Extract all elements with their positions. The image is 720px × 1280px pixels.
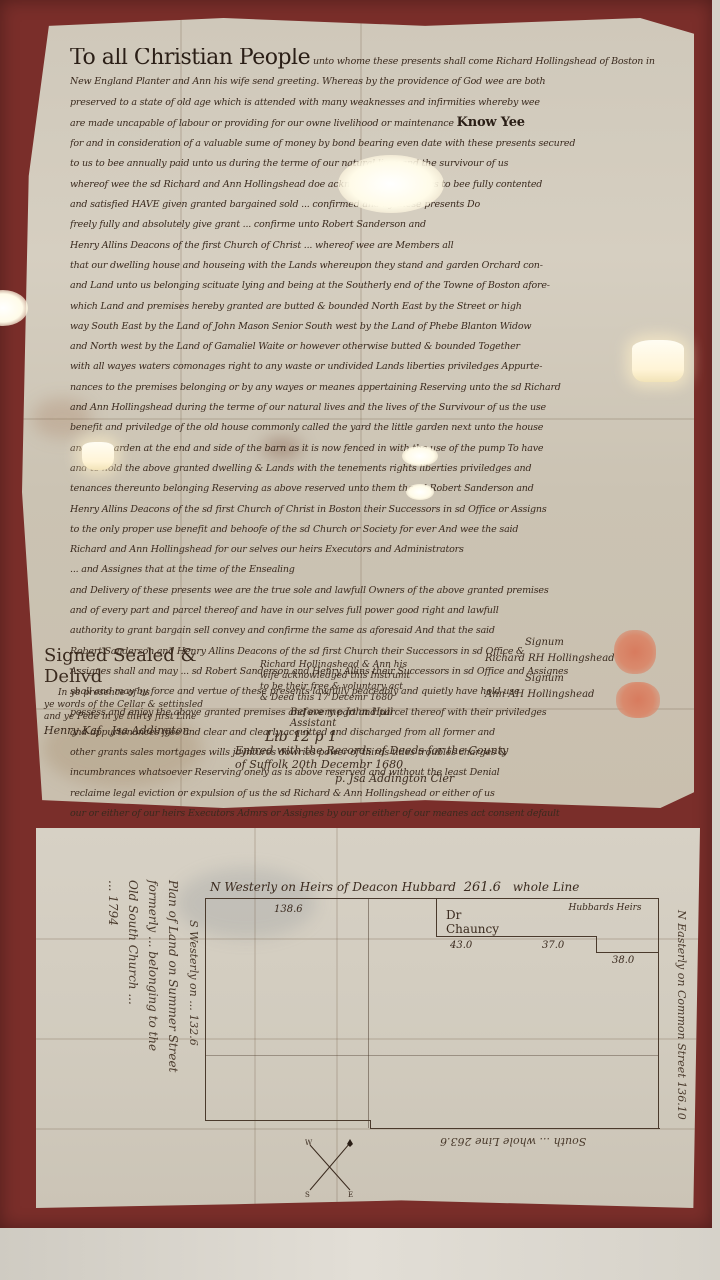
registry-clerk: p. Jsa Addington Cler <box>235 772 535 786</box>
acknowledgement-block: Richard Hollingshead & Ann his wife ackn… <box>260 660 440 729</box>
signum-label: Signum <box>485 635 615 651</box>
ack-line: to be their free & voluntary act <box>260 682 440 693</box>
endorsement-line: Plan of Land on Summer Street <box>166 880 180 1072</box>
deed-line: and the garden at the end and side of th… <box>70 439 680 459</box>
signum-label: Signum <box>485 671 615 687</box>
ack-line: Richard Hollingshead & Ann his <box>260 660 440 671</box>
before-magistrate: Before me John Hull Assistant <box>260 707 440 729</box>
measure-3: 38.0 <box>612 955 634 966</box>
ack-line: wife acknowledged this Instrumt <box>260 671 440 682</box>
deed-line: New England Planter and Ann his wife sen… <box>70 72 680 92</box>
boundary-line <box>370 1120 371 1128</box>
deed-line: and Land unto us belonging scituate lyin… <box>70 276 680 296</box>
top-label-text: N Westerly on Heirs of Deacon Hubbard <box>210 880 456 894</box>
lot-line <box>436 936 596 937</box>
compass-s: S <box>305 1191 310 1199</box>
top-suffix: whole Line <box>513 880 580 894</box>
deed-line: to the only proper use benefit and behoo… <box>70 520 680 540</box>
boundary-line <box>658 898 659 1128</box>
deed-line: reclaime legal eviction or expulsion of … <box>70 784 680 804</box>
ack-line: & Deed this 17 Decemr 1680 <box>260 693 440 704</box>
in-presence-text: In ye presence of us <box>44 687 224 699</box>
deed-line-text: preserved to a state of old age which is… <box>70 97 540 108</box>
deed-line: and Delivery of these presents wee are t… <box>70 581 680 601</box>
compass-e: E <box>348 1191 353 1199</box>
east-boundary-label: N Easterly on Common Street 136.10 <box>675 910 688 1120</box>
witness-note: and ye Pede in ye thirty first Line <box>44 711 224 723</box>
registry-book-page: Lib 12 p 1 <box>235 730 535 744</box>
signers-block: Signum Richard RH Hollingshead Signum An… <box>485 635 615 703</box>
endorsement-line: ... 1794 <box>106 880 120 926</box>
lot-line <box>596 952 658 953</box>
lamp-reflection <box>632 340 684 382</box>
compass-rose-icon: W S E <box>300 1135 360 1200</box>
signed-sealed-block: Signed Sealed & Delivd In ye presence of… <box>44 645 224 737</box>
deed-line-text: are made uncapable of labour or providin… <box>70 118 454 129</box>
compass-w: W <box>305 1139 313 1147</box>
deed-line: which Land and premises hereby granted a… <box>70 297 680 317</box>
south-boundary-label: South ... whole Line 263.6 <box>440 1135 586 1148</box>
wax-seal <box>614 630 656 674</box>
signer-ann: Ann AH Hollingshead <box>485 687 615 703</box>
deed-line: and of every part and parcel thereof and… <box>70 601 680 621</box>
know-yee-emphasis: Know Yee <box>457 115 525 130</box>
lamp-reflection <box>82 442 114 470</box>
lot-line <box>436 898 437 936</box>
deed-line: Henry Allins Deacons of the sd first Chu… <box>70 500 680 520</box>
neighbor-hubbard-heirs: Hubbards Heirs <box>560 902 650 914</box>
measure-1: 43.0 <box>450 940 472 951</box>
deed-line: preserved to a state of old age which is… <box>70 93 680 113</box>
endorsement-line: Old South Church ... <box>126 880 140 1005</box>
endorsement-line: formerly ... belonging to the <box>146 880 160 1051</box>
top-measure: 261.6 <box>464 880 501 895</box>
measure-2: 37.0 <box>542 940 564 951</box>
signer-richard: Richard RH Hollingshead <box>485 651 615 667</box>
deed-line: that our dwelling house and houseing wit… <box>70 256 680 276</box>
boundary-line <box>370 1128 660 1129</box>
registry-entry: Entred with the Records of Deeds for the… <box>235 744 535 758</box>
lamp-reflection <box>406 484 434 500</box>
registry-entry: of Suffolk 20th Decembr 1680 <box>235 758 535 772</box>
witness-note: ye words of the Cellar & settinsled <box>44 699 224 711</box>
lamp-reflection <box>338 155 444 213</box>
deed-line: nances to the premises belonging or by a… <box>70 378 680 398</box>
deed-line: Henry Allins Deacons of the first Church… <box>70 236 680 256</box>
deed-line-0: To all Christian People unto whome these… <box>70 48 680 72</box>
witness-signature: Henry Kaf <box>44 724 101 737</box>
deed-line: tenances thereunto belonging Reserving a… <box>70 479 680 499</box>
neighbor-chauncy: Dr Chauncy <box>446 908 499 936</box>
deed-line: benefit and priviledge of the old house … <box>70 418 680 438</box>
deed-line: are made uncapable of labour or providin… <box>70 113 680 134</box>
lot-line <box>205 1055 658 1056</box>
deed-line: and to hold the above granted dwelling &… <box>70 459 680 479</box>
west-boundary-label: S Westerly on ... 132.6 <box>187 920 200 1046</box>
lamp-reflection <box>402 446 438 466</box>
boundary-line <box>205 1120 370 1121</box>
witness-signature: Jsa Addington <box>112 724 190 737</box>
lot-line <box>596 936 597 952</box>
deed-opening: To all Christian People <box>70 48 310 70</box>
signed-sealed-heading: Signed Sealed & Delivd <box>44 645 224 687</box>
left-measure: 138.6 <box>274 904 303 915</box>
deed-line: Richard and Ann Hollingshead for our sel… <box>70 540 680 560</box>
deed-line: ... and Assignes that at the time of the… <box>70 560 680 580</box>
deed-line: and North west by the Land of Gamaliel W… <box>70 337 680 357</box>
deed-line-text: unto whome these presents shall come Ric… <box>313 56 655 67</box>
north-boundary-label: N Westerly on Heirs of Deacon Hubbard 26… <box>210 880 579 895</box>
deed-line: with all wayes waters comonages right to… <box>70 357 680 377</box>
deed-line: freely fully and absolutely give grant .… <box>70 215 680 235</box>
deed-line: for and in consideration of a valuable s… <box>70 134 680 154</box>
wax-seal <box>616 682 660 718</box>
lot-line <box>368 898 369 1128</box>
deed-line: and Ann Hollingshead during the terme of… <box>70 398 680 418</box>
deed-line: way South East by the Land of John Mason… <box>70 317 680 337</box>
registry-block: Lib 12 p 1 Entred with the Records of De… <box>235 730 535 786</box>
deed-line: our or either of our heirs Executors Adm… <box>70 804 680 824</box>
boundary-line <box>205 898 206 1120</box>
boundary-line <box>205 898 658 899</box>
